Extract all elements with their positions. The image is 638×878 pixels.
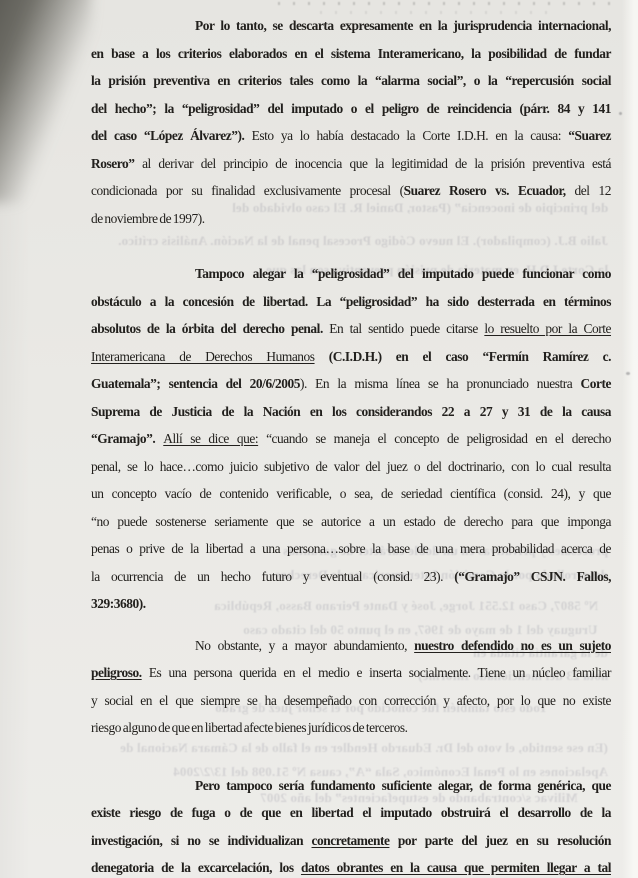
- text-run: en base a los criterios elaborados en el…: [91, 46, 611, 61]
- text-run: Rosero”: [91, 156, 134, 171]
- text-line: “no puede sostenerse seriamente que se a…: [91, 508, 611, 536]
- text-line: Guatemala”; sentencia del 20/6/2005). En…: [91, 370, 611, 398]
- text-run: Pero tampoco sería fundamento suficiente…: [195, 778, 611, 793]
- text-run: penas o prive de la libertad a una perso…: [91, 541, 611, 556]
- text-line: penal, se lo hace…como juicio subjetivo …: [91, 453, 611, 481]
- text-run: existe riesgo de fuga o de que en libert…: [91, 805, 611, 820]
- text-run: (“Gramajo” CSJN. Fallos,: [454, 569, 611, 584]
- text-run: obstáculo a la concesión de libertad. La…: [91, 294, 611, 309]
- text-line: Pero tampoco sería fundamento suficiente…: [91, 772, 611, 800]
- text-run: No obstante, y a mayor abundamiento,: [195, 638, 414, 653]
- text-run: concretamente: [312, 833, 390, 848]
- text-line: Suprema de Justicia de la Nación en los …: [91, 398, 611, 426]
- paragraph-3: No obstante, y a mayor abundamiento, nue…: [91, 632, 611, 742]
- text-run: del hecho”; la “peligrosidad” del imputa…: [91, 101, 611, 116]
- text-run: “no puede sostenerse seriamente que se a…: [91, 514, 611, 529]
- text-line: peligroso. Es una persona querida en el …: [91, 659, 611, 687]
- text-run: “Gramajo”.: [91, 431, 163, 446]
- text-run: 329:3680).: [91, 596, 146, 611]
- text-run: Corte: [581, 376, 611, 391]
- text-line: del caso “López Álvarez”). Esto ya lo ha…: [91, 122, 611, 150]
- text-run: investigación, si no se individualizan: [91, 833, 312, 848]
- text-run: riesgo alguno de que en libertad afecte …: [91, 720, 408, 735]
- page-edge-highlight: [622, 0, 638, 878]
- text-line: Tampoco alegar la “peligrosidad” del imp…: [91, 260, 611, 288]
- text-line: en base a los criterios elaborados en el…: [91, 40, 611, 68]
- text-line: denegatoria de la excarcelación, los dat…: [91, 854, 611, 878]
- text-line: Rosero” al derivar del principio de inoc…: [91, 150, 611, 178]
- text-run: peligroso.: [91, 665, 142, 680]
- text-run: la ocurrencia de un hecho futuro y event…: [91, 569, 454, 584]
- text-line: un concepto vacío de contenido verificab…: [91, 480, 611, 508]
- paragraph-1: Por lo tanto, se descarta expresamente e…: [91, 12, 611, 232]
- text-run: (C.I.D.H.) en el caso “Fermín Ramírez c.: [315, 349, 611, 364]
- text-line: Por lo tanto, se descarta expresamente e…: [91, 12, 611, 40]
- text-run: Esto ya lo había destacado la Corte I.D.…: [252, 128, 569, 143]
- text-run: de noviembre de 1997).: [91, 211, 205, 226]
- text-run: “Suarez: [568, 128, 611, 143]
- text-run: por parte del juez en su resolución: [389, 833, 611, 848]
- text-run: condicionada por su finalidad exclusivam…: [91, 183, 404, 198]
- text-line: condicionada por su finalidad exclusivam…: [91, 177, 611, 205]
- paragraph-4: Pero tampoco sería fundamento suficiente…: [91, 772, 611, 878]
- text-run: absolutos de la órbita del derecho penal…: [91, 321, 329, 336]
- text-run: Interamericana de Derechos Humanos: [91, 349, 315, 364]
- text-run: y social en el que siempre se ha desempe…: [91, 693, 611, 708]
- text-line: penas o prive de la libertad a una perso…: [91, 535, 611, 563]
- text-run: Guatemala”; sentencia del 20/6/2005: [91, 376, 300, 391]
- paragraph-2: Tampoco alegar la “peligrosidad” del imp…: [91, 260, 611, 618]
- text-line: la ocurrencia de un hecho futuro y event…: [91, 563, 611, 591]
- text-run: un concepto vacío de contenido verificab…: [91, 486, 611, 501]
- text-line: obstáculo a la concesión de libertad. La…: [91, 288, 611, 316]
- text-line: del hecho”; la “peligrosidad” del imputa…: [91, 95, 611, 123]
- text-line: riesgo alguno de que en libertad afecte …: [91, 714, 611, 742]
- text-run: Suarez Rosero vs. Ecuador,: [404, 183, 566, 198]
- text-run: la prisión preventiva en criterios tales…: [91, 73, 611, 88]
- text-run: lo resuelto por la Corte: [484, 321, 611, 336]
- text-run: Suprema de Justicia de la Nación en los …: [91, 404, 611, 419]
- page: Por lo tanto, se descarta expresamente e…: [0, 0, 638, 878]
- text-line: 329:3680).: [91, 590, 611, 618]
- text-run: En tal sentido puede citarse: [329, 321, 484, 336]
- text-run: nuestro defendido no es un sujeto: [414, 638, 611, 653]
- text-run: denegatoria de la excarcelación, los: [91, 860, 301, 875]
- scan-corner-shadow: [0, 0, 92, 203]
- text-run: Tampoco alegar la “peligrosidad” del imp…: [195, 266, 611, 281]
- text-run: ). En la misma línea se ha pronunciado n…: [300, 376, 581, 391]
- text-run: del 12: [566, 183, 611, 198]
- text-run: del caso “López Álvarez”).: [91, 128, 252, 143]
- text-line: Interamericana de Derechos Humanos (C.I.…: [91, 343, 611, 371]
- text-line: absolutos de la órbita del derecho penal…: [91, 315, 611, 343]
- speck: [626, 372, 630, 375]
- text-run: penal, se lo hace…como juicio subjetivo …: [91, 459, 611, 474]
- text-line: existe riesgo de fuga o de que en libert…: [91, 799, 611, 827]
- text-line: investigación, si no se individualizan c…: [91, 827, 611, 855]
- text-line: No obstante, y a mayor abundamiento, nue…: [91, 632, 611, 660]
- text-run: Allí se dice que:: [163, 431, 258, 446]
- top-edge-marks: [278, 2, 613, 5]
- text-run: datos obrantes en la causa que permiten …: [301, 860, 611, 875]
- text-run: “cuando se maneja el concepto de peligro…: [258, 431, 611, 446]
- text-line: y social en el que siempre se ha desempe…: [91, 687, 611, 715]
- text-line: la prisión preventiva en criterios tales…: [91, 67, 611, 95]
- text-line: de noviembre de 1997).: [91, 205, 611, 233]
- text-run: Por lo tanto, se descarta expresamente e…: [195, 18, 611, 33]
- speck: [619, 112, 622, 115]
- text-run: al derivar del principio de inocencia qu…: [134, 156, 611, 171]
- text-line: “Gramajo”. Allí se dice que: “cuando se …: [91, 425, 611, 453]
- text-run: Es una persona querida en el medio e ins…: [142, 665, 611, 680]
- text-column: Por lo tanto, se descarta expresamente e…: [91, 12, 611, 878]
